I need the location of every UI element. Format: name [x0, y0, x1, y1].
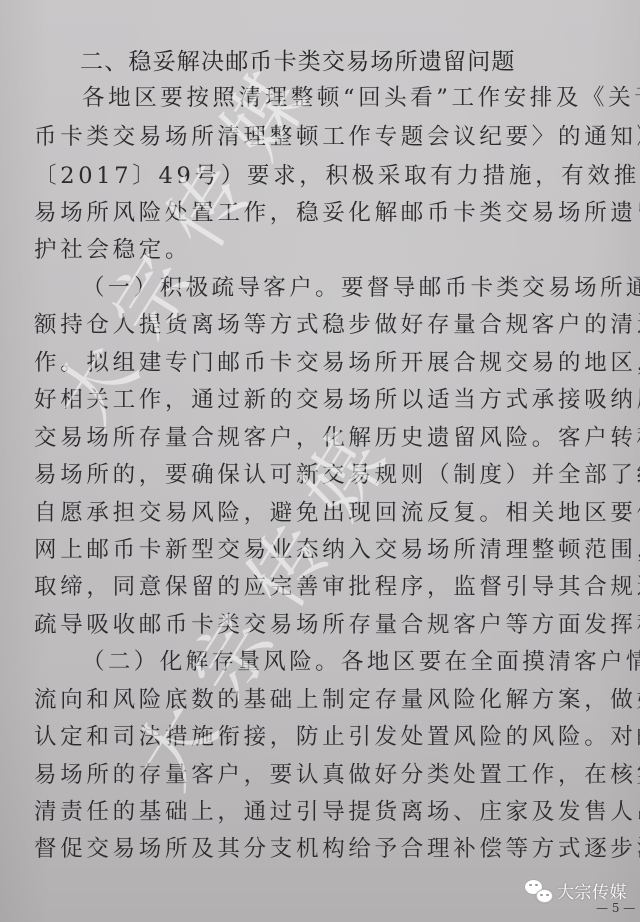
paragraph-2-line-10: 疏导吸收邮币卡类交易场所存量合规客户等方面发挥积极作用。: [34, 609, 624, 641]
paragraph-2-line-3: 作。拟组建专门邮币卡交易场所开展合规交易的地区，可协调做: [34, 347, 624, 379]
paragraph-2-line-7: 自愿承担交易风险，避免出现回流反复。相关地区要依法依规将: [34, 497, 624, 529]
paragraph-3-line-1: （二）化解存量风险。各地区要在全面摸清客户情况、资金: [82, 646, 627, 678]
page-number: — 5 —: [596, 901, 635, 915]
paragraph-2-line-1: （一）积极疏导客户。要督导邮币卡类交易场所通过引导小: [82, 272, 627, 304]
paragraph-2-line-9: 取缔，同意保留的应完善审批程序，监督引导其合规运营，并在: [34, 571, 624, 603]
document-page: 二、稳妥解决邮币卡类交易场所遗留问题 各地区要按照清理整顿“回头看”工作安排及《…: [0, 0, 640, 922]
paragraph-2-line-8: 网上邮币卡新型交易业态纳入交易场所清理整顿范围，该取缔的: [34, 534, 624, 566]
paragraph-1-line-2: 币卡类交易场所清理整顿工作专题会议纪要〉的通知》（清整联办: [34, 121, 624, 153]
paragraph-2-line-5: 交易场所存量合规客户，化解历史遗留风险。客户转移到新的交: [34, 422, 624, 454]
wechat-watermark: 大宗传媒: [525, 878, 627, 903]
paragraph-1-line-1: 各地区要按照清理整顿“回头看”工作安排及《关于印发〈邮: [82, 82, 627, 114]
paragraph-2-line-4: 好相关工作，通过新的交易场所以适当方式承接吸纳原邮币卡类: [34, 384, 624, 416]
wechat-account-name: 大宗传媒: [557, 878, 627, 903]
paragraph-2-line-2: 额持仓人提货离场等方式稳步做好存量合规客户的清退疏导工: [34, 309, 624, 341]
paragraph-3-line-5: 清责任的基础上，通过引导提货离场、庄家及发售人出资回购、: [34, 796, 624, 828]
wechat-icon: [525, 879, 553, 903]
paragraph-1-line-5: 护社会稳定。: [34, 234, 624, 266]
paragraph-3-line-2: 流向和风险底数的基础上制定存量风险化解方案，做好违法性质: [34, 684, 624, 716]
paragraph-3-line-3: 认定和司法措施衔接，防止引发处置风险的风险。对邮币卡类交: [34, 721, 624, 753]
paragraph-2-line-6: 易场所的，要确保认可新交易规则（制度）并全部了结原有纠纷，: [34, 459, 624, 491]
section-title: 二、稳妥解决邮币卡类交易场所遗留问题: [80, 46, 640, 78]
paragraph-1-line-4: 易场所风险处置工作，稳妥化解邮币卡类交易场所遗留问题，维: [34, 197, 624, 229]
paragraph-3-line-6: 督促交易场所及其分支机构给予合理补偿等方式逐步清退客户，: [34, 833, 624, 865]
paragraph-3-line-4: 易场所的存量客户，要认真做好分类处置工作，在核实损失和厘: [34, 759, 624, 791]
paragraph-1-line-3: 〔2017〕49号）要求，积极采取有力措施，有效推进邮币卡类交: [34, 160, 624, 192]
